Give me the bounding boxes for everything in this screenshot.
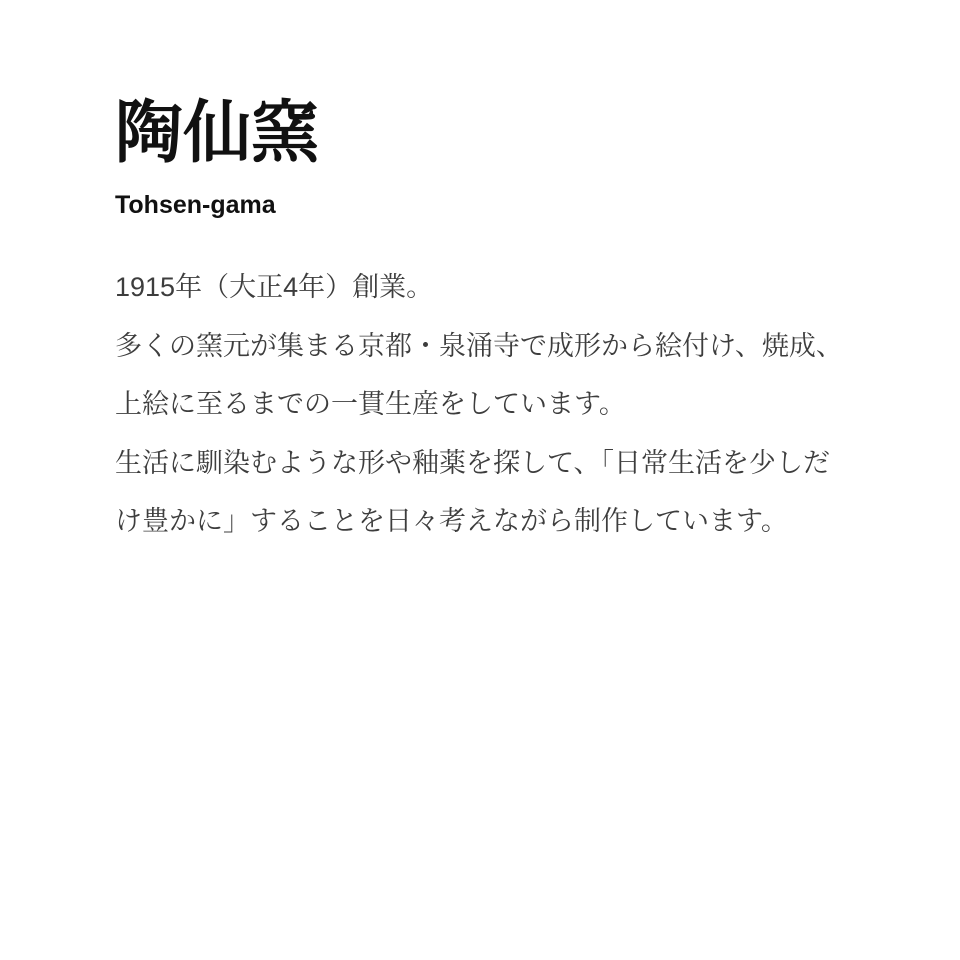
kiln-description: 1915年（大正4年）創業。 多くの窯元が集まる京都・泉涌寺で成形から絵付け、焼… (115, 258, 875, 551)
description-line: け豊かに」することを日々考えながら制作しています。 (115, 492, 875, 551)
kiln-name-heading: 陶仙窯 (115, 99, 880, 167)
description-line: 多くの窯元が集まる京都・泉涌寺で成形から絵付け、焼成、 (115, 317, 875, 376)
kiln-profile-page: 陶仙窯 Tohsen-gama 1915年（大正4年）創業。 多くの窯元が集まる… (0, 0, 960, 960)
description-line: 生活に馴染むような形や釉薬を探して、「日常生活を少しだ (115, 434, 875, 493)
description-line-founding: 1915年（大正4年）創業。 (115, 258, 875, 317)
kiln-header: 陶仙窯 Tohsen-gama (115, 99, 880, 221)
kiln-name-romaji: Tohsen-gama (115, 190, 880, 221)
description-line: 上絵に至るまでの一貫生産をしています。 (115, 375, 875, 434)
